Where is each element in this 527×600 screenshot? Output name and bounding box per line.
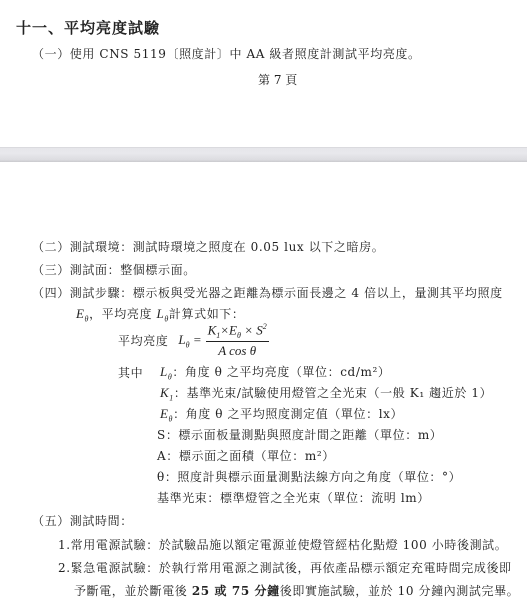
definition-l-theta: Lθ：角度 θ 之平均亮度（單位：cd/m²） xyxy=(160,363,390,382)
item-3: （三）測試面：整個標示面。 xyxy=(32,261,196,278)
definition-theta: θ：照度計與標示面量測點法線方向之角度（單位：°） xyxy=(157,468,461,485)
formula-label: 平均亮度 xyxy=(118,332,168,349)
bold-duration: 25 或 75 分鐘 xyxy=(192,584,280,598)
formula-numerator: K1×Eθ × S2 xyxy=(206,322,269,342)
symbol-e-theta: Eθ xyxy=(76,306,89,321)
luminance-formula: 平均亮度 Lθ = K1×Eθ × S2 A cos θ xyxy=(118,322,269,359)
definition-s: S：標示面板量測點與照度計間之距離（單位：m） xyxy=(157,426,442,443)
formula-lhs: Lθ = xyxy=(178,332,201,350)
document-page-7: 十一、平均亮度試驗 （一）使用 CNS 5119〔照度計〕中 AA 級者照度計測… xyxy=(0,0,527,147)
item-5-sub-2-line-2: 予斷電，並於斷電後 25 或 75 分鐘後即實施試驗，並於 10 分鐘內測試完畢… xyxy=(74,582,519,599)
item-5: （五）測試時間： xyxy=(32,512,133,529)
document-page-8: （二）測試環境：測試時環境之照度在 0.05 lux 以下之暗房。 （三）測試面… xyxy=(0,162,527,600)
item-4-line-2: Eθ，平均亮度 Lθ計算式如下： xyxy=(76,305,245,324)
formula-fraction: K1×Eθ × S2 A cos θ xyxy=(206,322,269,359)
definition-e-theta: Eθ：角度 θ 之平均照度測定值（單位：lx） xyxy=(160,405,403,424)
item-5-sub-2-line-1: 2.緊急電源試驗：於執行常用電源之測試後，再依產品標示額定充電時間完成後即 xyxy=(58,559,512,576)
page-separator xyxy=(0,147,527,162)
symbol-l-theta: Lθ xyxy=(157,306,169,321)
formula-denominator: A cos θ xyxy=(218,342,256,359)
item-5-sub-1: 1.常用電源試驗：於試驗品施以額定電源並使燈管經枯化點燈 100 小時後測試。 xyxy=(58,536,507,553)
page-number: 第 7 頁 xyxy=(258,71,297,88)
item-1: （一）使用 CNS 5119〔照度計〕中 AA 級者照度計測試平均亮度。 xyxy=(32,45,421,62)
definition-k1: K1：基準光束/試驗使用燈管之全光束（一般 K₁ 趨近於 1） xyxy=(160,384,492,403)
definition-a: A：標示面之面積（單位：m²） xyxy=(157,447,335,464)
section-title: 十一、平均亮度試驗 xyxy=(16,17,160,38)
where-label: 其中 xyxy=(118,364,143,381)
item-4-line-1: （四）測試步驟：標示板與受光器之距離為標示面長邊之 4 倍以上，量測其平均照度 xyxy=(32,284,503,301)
definition-reference-flux: 基準光束：標準燈管之全光束（單位：流明 lm） xyxy=(157,489,430,506)
item-2: （二）測試環境：測試時環境之照度在 0.05 lux 以下之暗房。 xyxy=(32,238,384,255)
